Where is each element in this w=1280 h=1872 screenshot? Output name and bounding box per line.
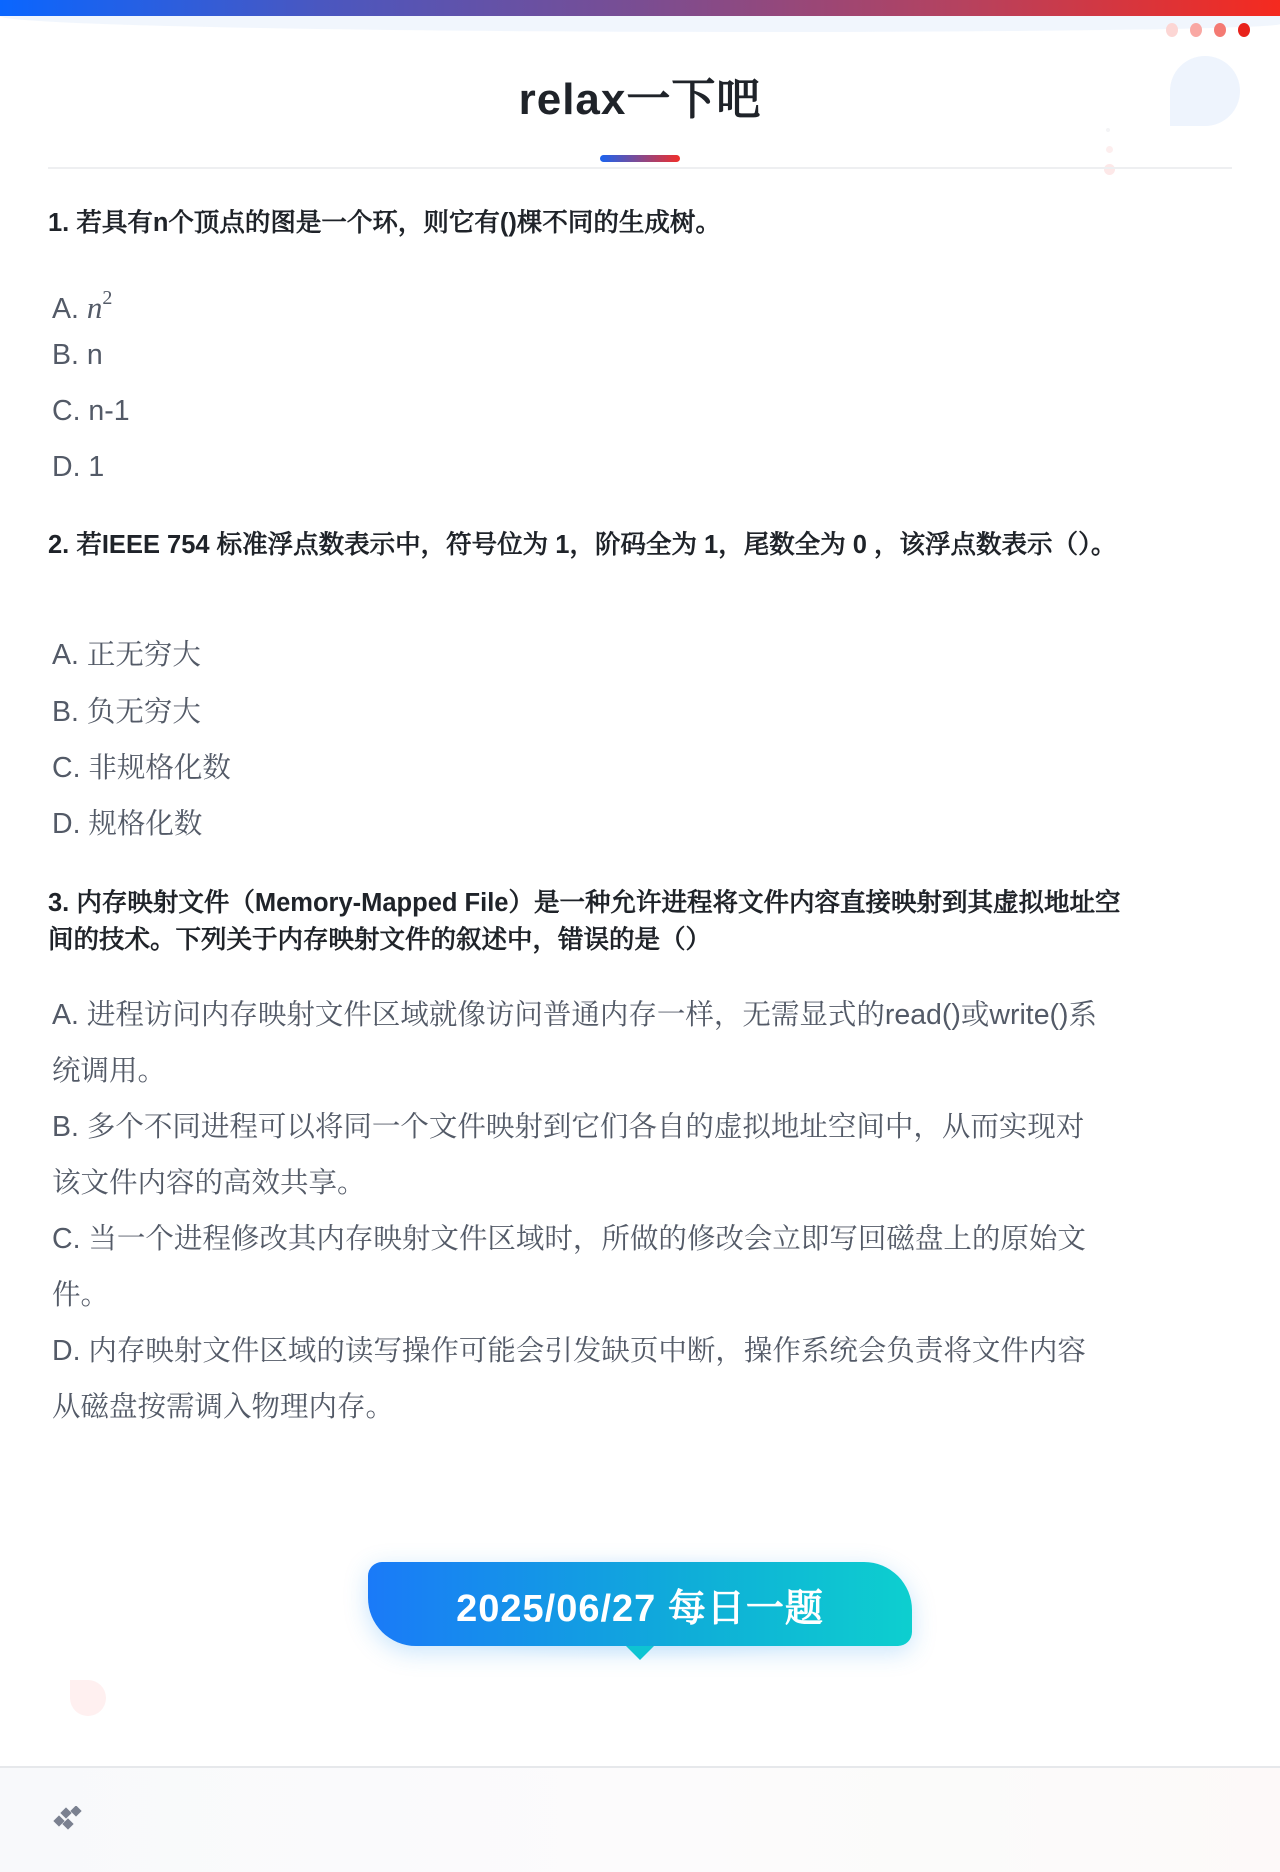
tiny-dot-decoration [1106, 146, 1113, 153]
option-text-line-1: D. 内存映射文件区域的读写操作可能会引发缺页中断，操作系统会负责将文件内容 [52, 1323, 1232, 1379]
option-text-line-2: 件。 [52, 1267, 1232, 1323]
diamond-cluster-logo-icon [53, 1806, 85, 1832]
top-wave-decoration [0, 16, 1280, 32]
question-2-option-b[interactable]: B. 负无穷大 [52, 684, 1232, 740]
option-text: 负无穷大 [87, 696, 201, 728]
option-text-line-1: B. 多个不同进程可以将同一个文件映射到它们各自的虚拟地址空间中，从而实现对 [52, 1099, 1232, 1155]
question-3-option-b[interactable]: B. 多个不同进程可以将同一个文件映射到它们各自的虚拟地址空间中，从而实现对 该… [52, 1099, 1232, 1211]
option-text-line-1: A. 进程访问内存映射文件区域就像访问普通内存一样，无需显式的read()或wr… [52, 987, 1232, 1043]
question-3-heading-line-1: 3. 内存映射文件（Memory-Mapped File）是一种允许进程将文件内… [48, 885, 1238, 922]
question-2-option-c[interactable]: C. 非规格化数 [52, 740, 1232, 796]
pink-blob-decoration [70, 1680, 106, 1716]
dots-decoration [1166, 23, 1250, 37]
question-1-option-d[interactable]: D. 1 [52, 439, 1232, 495]
question-2-option-d[interactable]: D. 规格化数 [52, 796, 1232, 852]
dot-1 [1166, 23, 1178, 37]
tiny-dot-decoration [1104, 164, 1115, 175]
dot-2 [1190, 23, 1202, 37]
option-text-line-2: 统调用。 [52, 1043, 1232, 1099]
date-badge-text: 2025/06/27 每日一题 [456, 1577, 824, 1632]
option-label: C. [52, 395, 81, 427]
question-3-heading-line-2: 间的技术。下列关于内存映射文件的叙述中，错误的是（） [48, 922, 1238, 959]
date-badge: 2025/06/27 每日一题 [368, 1562, 912, 1646]
question-2-heading: 2. 若IEEE 754 标准浮点数表示中，符号位为 1，阶码全为 1，尾数全为… [48, 527, 1238, 564]
option-math-n: n [87, 290, 103, 325]
question-1-option-b[interactable]: B. n [52, 327, 1232, 383]
option-text: 非规格化数 [88, 752, 231, 784]
option-text-line-2: 从磁盘按需调入物理内存。 [52, 1379, 1232, 1435]
footer [0, 1766, 1280, 1872]
option-label: D. [52, 451, 81, 483]
question-1-heading: 1. 若具有n个顶点的图是一个环，则它有()棵不同的生成树。 [48, 205, 1238, 242]
badge-pointer [626, 1646, 654, 1660]
option-text: n [87, 339, 103, 371]
date-badge-container: 2025/06/27 每日一题 [368, 1562, 912, 1646]
option-text: 规格化数 [88, 808, 202, 840]
option-text-line-2: 该文件内容的高效共享。 [52, 1155, 1232, 1211]
option-label: D. [52, 808, 81, 840]
question-3-option-a[interactable]: A. 进程访问内存映射文件区域就像访问普通内存一样，无需显式的read()或wr… [52, 987, 1232, 1099]
option-label: C. [52, 752, 81, 784]
title-underline [600, 155, 680, 162]
option-text: 1 [88, 451, 104, 483]
option-text: n-1 [88, 395, 129, 427]
option-math-exponent: 2 [102, 287, 112, 309]
option-label: A. [52, 639, 79, 671]
question-2-option-a[interactable]: A. 正无穷大 [52, 627, 1232, 683]
option-label: A. [52, 293, 79, 325]
option-text: 正无穷大 [87, 639, 201, 671]
option-label: B. [52, 339, 79, 371]
tiny-dot-decoration [1106, 128, 1110, 132]
header-divider [48, 167, 1232, 169]
dot-4 [1238, 23, 1250, 37]
dot-3 [1214, 23, 1226, 37]
option-label: B. [52, 696, 79, 728]
question-1-option-c[interactable]: C. n-1 [52, 383, 1232, 439]
page-title: relax一下吧 [0, 74, 1280, 126]
top-gradient-bar [0, 0, 1280, 16]
option-text-line-1: C. 当一个进程修改其内存映射文件区域时，所做的修改会立即写回磁盘上的原始文 [52, 1211, 1232, 1267]
question-3-option-d[interactable]: D. 内存映射文件区域的读写操作可能会引发缺页中断，操作系统会负责将文件内容 从… [52, 1323, 1232, 1435]
question-3-option-c[interactable]: C. 当一个进程修改其内存映射文件区域时，所做的修改会立即写回磁盘上的原始文 件… [52, 1211, 1232, 1323]
